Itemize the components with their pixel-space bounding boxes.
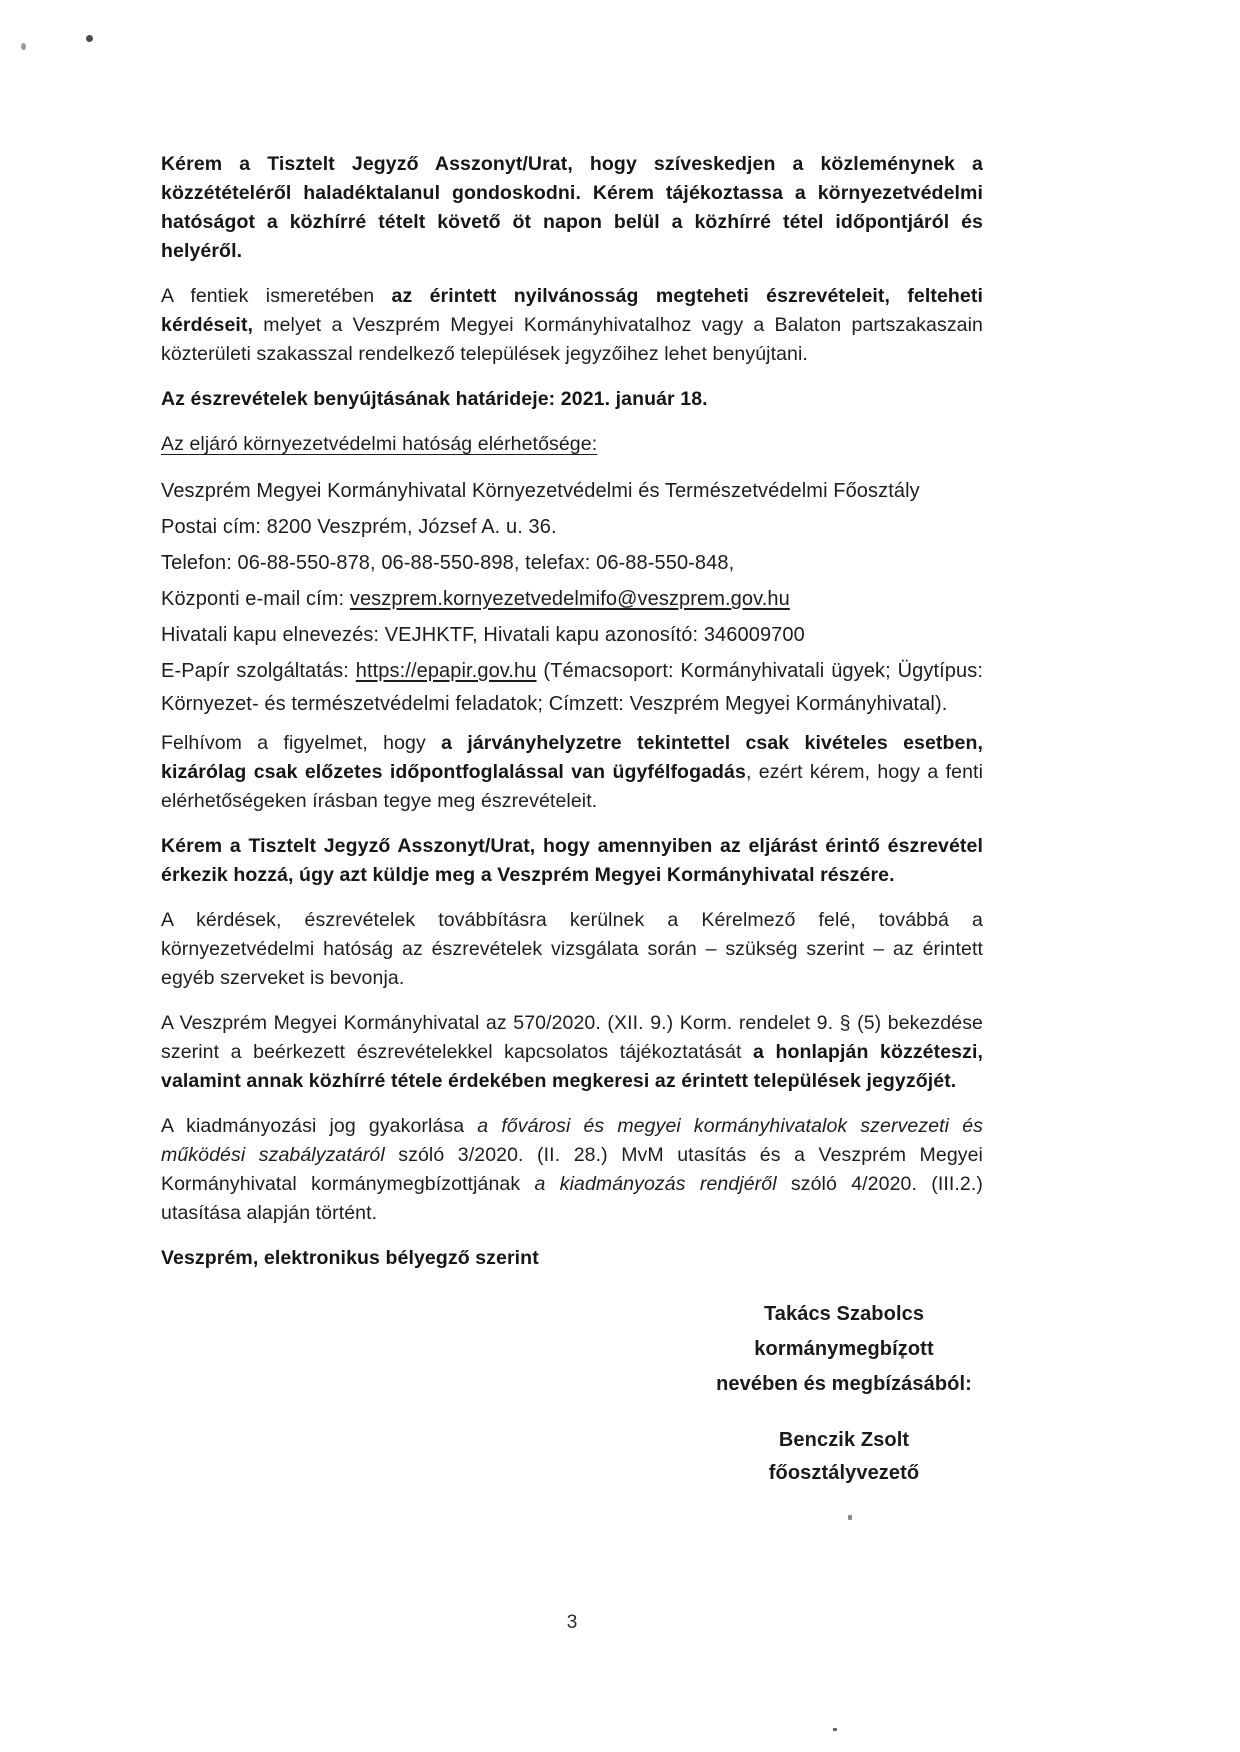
email-link[interactable]: veszprem.kornyezetvedelmifo@veszprem.gov… (350, 588, 790, 610)
signature-block-secondary: Benczik Zsolt főosztályvezető (679, 1424, 1009, 1490)
signatory-title: kormánymegbízott (679, 1332, 1009, 1367)
signature-block-primary: Takács Szabolcs kormánymegbízott nevében… (679, 1297, 1009, 1402)
epapir-link[interactable]: https://epapir.gov.hu (356, 660, 537, 682)
document-page: Kérem a Tisztelt Jegyző Asszonyt/Urat, h… (0, 0, 1240, 1752)
paragraph-signing-authority: A kiadmányozási jog gyakorlása a főváros… (161, 1112, 983, 1228)
scan-artifact (833, 1728, 837, 1731)
letter-body: Kérem a Tisztelt Jegyző Asszonyt/Urat, h… (161, 150, 983, 1490)
text-run: A fentiek ismeretében (161, 285, 392, 307)
page-number: 3 (161, 1612, 983, 1634)
text-run-italic: a kiadmányozás rendjéről (534, 1173, 776, 1195)
email-label: Központi e-mail cím: (161, 588, 350, 610)
scan-artifact (848, 1515, 852, 1520)
paragraph-questions-forwarding: A kérdések, észrevételek továbbításra ke… (161, 906, 983, 993)
signatory-on-behalf: nevében és megbízásából: (679, 1367, 1009, 1402)
contact-block: Veszprém Megyei Kormányhivatal Környezet… (161, 475, 983, 721)
scan-artifact (21, 43, 26, 50)
paragraph-publication-request: Kérem a Tisztelt Jegyző Asszonyt/Urat, h… (161, 150, 983, 266)
contact-email-line: Központi e-mail cím: veszprem.kornyezetv… (161, 583, 983, 616)
signatory-name: Benczik Zsolt (679, 1424, 1009, 1457)
epapir-label: E-Papír szolgáltatás: (161, 660, 356, 682)
paragraph-decree-publication: A Veszprém Megyei Kormányhivatal az 570/… (161, 1009, 983, 1096)
text-run: Felhívom a figyelmet, hogy (161, 732, 441, 754)
paragraph-covid-notice: Felhívom a figyelmet, hogy a járványhely… (161, 729, 983, 816)
contact-section-heading: Az eljáró környezetvédelmi hatóság elérh… (161, 430, 983, 459)
contact-postal-address: Postai cím: 8200 Veszprém, József A. u. … (161, 511, 983, 544)
signatory-title: főosztályvezető (679, 1457, 1009, 1490)
scan-artifact (86, 35, 93, 42)
text-run: A kiadmányozási jog gyakorlása (161, 1115, 477, 1137)
contact-authority-name: Veszprém Megyei Kormányhivatal Környezet… (161, 475, 983, 508)
paragraph-forward-request: Kérem a Tisztelt Jegyző Asszonyt/Urat, h… (161, 832, 983, 890)
text-run: melyet a Veszprém Megyei Kormányhivatalh… (161, 314, 983, 365)
contact-epapir-line: E-Papír szolgáltatás: https://epapir.gov… (161, 655, 983, 721)
paragraph-public-comments: A fentiek ismeretében az érintett nyilvá… (161, 282, 983, 369)
place-and-date-line: Veszprém, elektronikus bélyegző szerint (161, 1244, 983, 1273)
contact-hivatali-kapu: Hivatali kapu elnevezés: VEJHKTF, Hivata… (161, 619, 983, 652)
signatory-name: Takács Szabolcs (679, 1297, 1009, 1332)
contact-phone-numbers: Telefon: 06-88-550-878, 06-88-550-898, t… (161, 547, 983, 580)
paragraph-deadline: Az észrevételek benyújtásának határideje… (161, 385, 983, 414)
